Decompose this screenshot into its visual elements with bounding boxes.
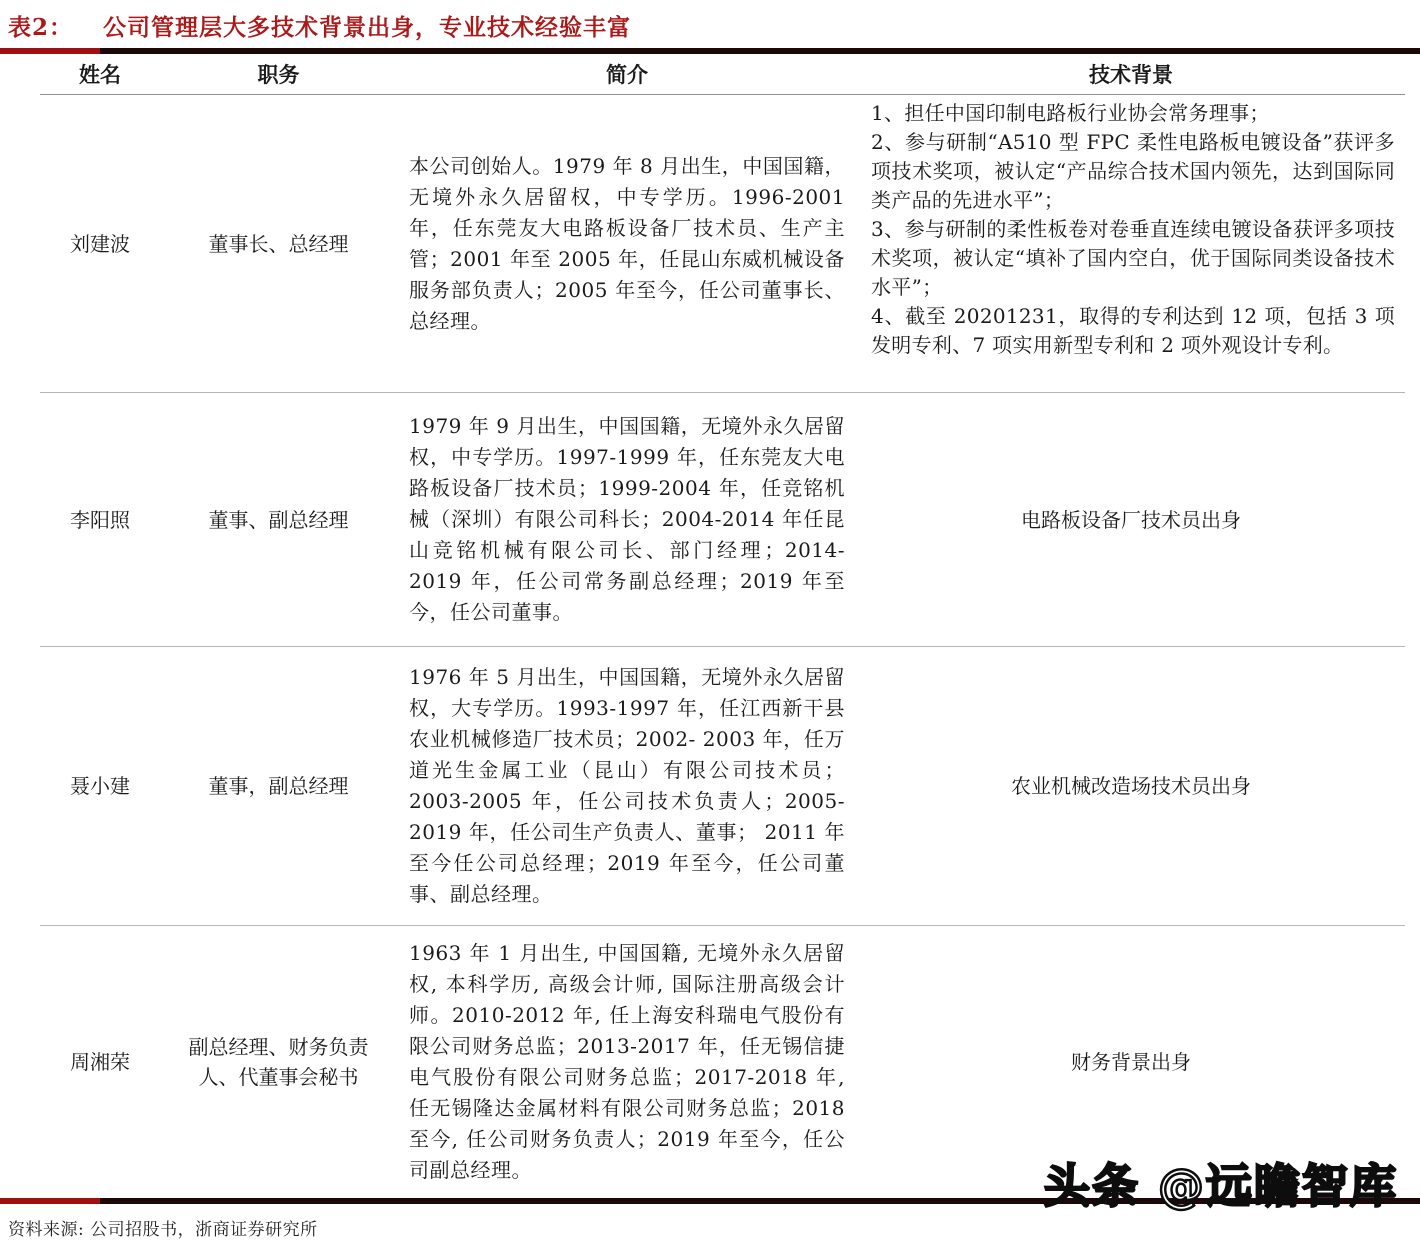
- manager-name: 聂小建: [40, 647, 160, 925]
- manager-tech-background: 农业机械改造场技术员出身: [857, 647, 1405, 925]
- manager-position: 副总经理、财务负责人、代董事会秘书: [160, 926, 397, 1198]
- tech-item-4: 4、截至 20201231，取得的专利达到 12 项，包括 3 项发明专利、7 …: [871, 302, 1395, 360]
- table-row: 李阳照 董事、副总经理 1979 年 9 月出生，中国国籍，无境外永久居留权，中…: [40, 393, 1405, 647]
- manager-bio: 1976 年 5 月出生，中国国籍，无境外永久居留权，大专学历。1993-199…: [397, 647, 857, 925]
- table-title-label: 表2：: [8, 14, 73, 41]
- tech-item-3: 3、参与研制的柔性板卷对卷垂直连续电镀设备获评多项技术奖项，被认定“填补了国内空…: [871, 215, 1395, 302]
- management-table: 姓名 职务 简介 技术背景 刘建波 董事长、总经理 本公司创始人。1979 年 …: [40, 54, 1405, 1198]
- header-name: 姓名: [40, 59, 160, 89]
- watermark-logo: 头条 @远瞻智库: [1044, 1150, 1398, 1216]
- table-title-text: 公司管理层大多技术背景出身，专业技术经验丰富: [103, 14, 631, 41]
- table-row: 聂小建 董事，副总经理 1976 年 5 月出生，中国国籍，无境外永久居留权，大…: [40, 647, 1405, 926]
- table-title: 表2：公司管理层大多技术背景出身，专业技术经验丰富: [0, 0, 1420, 48]
- manager-position: 董事长、总经理: [160, 95, 397, 392]
- tech-item-2: 2、参与研制“A510 型 FPC 柔性电路板电镀设备”获评多项技术奖项，被认定…: [871, 128, 1395, 215]
- header-intro: 简介: [397, 59, 857, 89]
- manager-position: 董事、副总经理: [160, 393, 397, 646]
- manager-name: 李阳照: [40, 393, 160, 646]
- report-page: 表2：公司管理层大多技术背景出身，专业技术经验丰富 姓名 职务 简介 技术背景 …: [0, 0, 1420, 1243]
- header-tech: 技术背景: [857, 59, 1405, 89]
- manager-bio: 本公司创始人。1979 年 8 月出生，中国国籍，无境外永久居留权，中专学历。1…: [397, 95, 857, 392]
- manager-name: 刘建波: [40, 95, 160, 392]
- header-position: 职务: [160, 59, 397, 89]
- table-header-row: 姓名 职务 简介 技术背景: [40, 54, 1405, 95]
- table-row: 刘建波 董事长、总经理 本公司创始人。1979 年 8 月出生，中国国籍，无境外…: [40, 95, 1405, 393]
- source-note: 资料来源: 公司招股书，浙商证券研究所: [8, 1215, 1420, 1240]
- manager-tech-background: 1、担任中国印制电路板行业协会常务理事； 2、参与研制“A510 型 FPC 柔…: [857, 95, 1405, 392]
- manager-bio: 1979 年 9 月出生，中国国籍，无境外永久居留权，中专学历。1997-199…: [397, 393, 857, 646]
- manager-bio: 1963 年 1 月出生, 中国国籍, 无境外永久居留权, 本科学历, 高级会计…: [397, 926, 857, 1198]
- manager-tech-background: 电路板设备厂技术员出身: [857, 393, 1405, 646]
- manager-position: 董事，副总经理: [160, 647, 397, 925]
- tech-item-1: 1、担任中国印制电路板行业协会常务理事；: [871, 99, 1395, 128]
- manager-name: 周湘荣: [40, 926, 160, 1198]
